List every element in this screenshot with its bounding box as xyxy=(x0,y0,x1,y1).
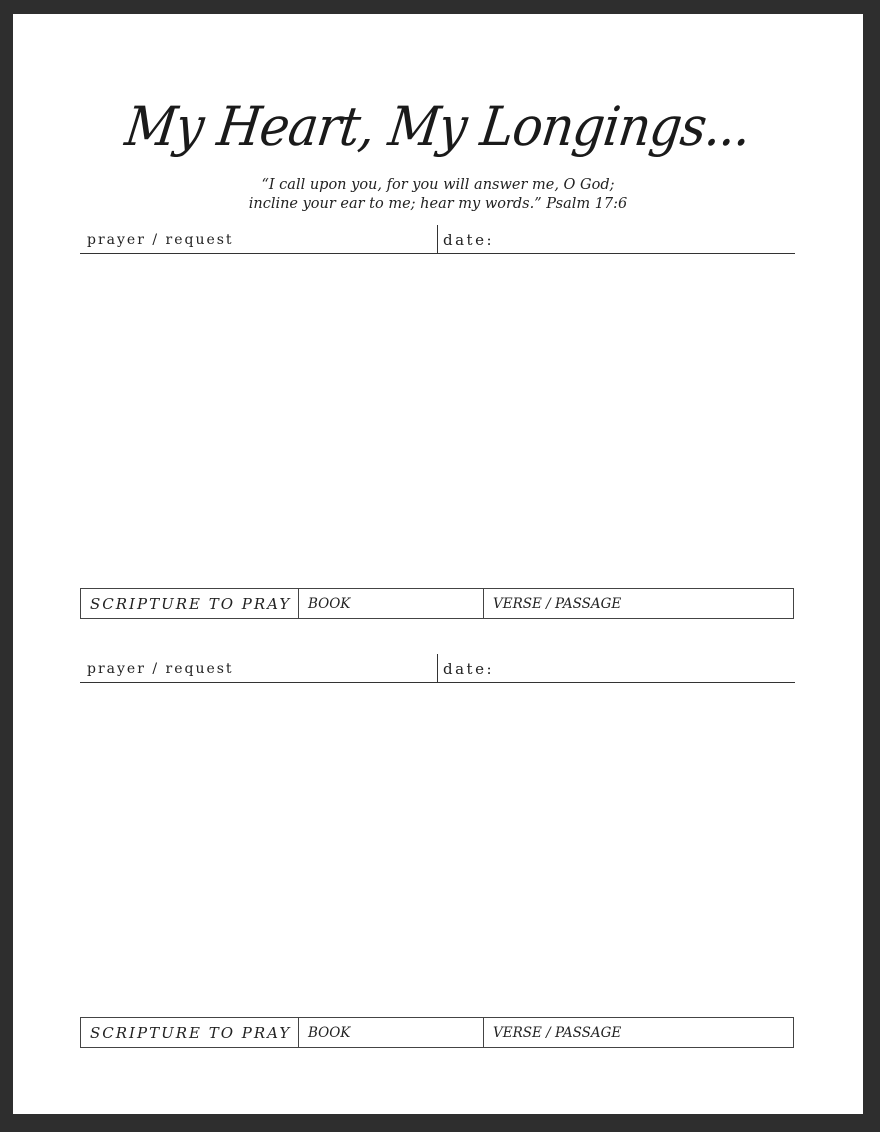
quote-line-2: incline your ear to me; hear my words.” … xyxy=(13,195,863,214)
scripture-row-1: SCRIPTURE TO PRAY BOOK VERSE / PASSAGE xyxy=(80,588,794,619)
verse-passage-field[interactable]: VERSE / PASSAGE xyxy=(484,589,793,618)
scripture-to-pray-label: SCRIPTURE TO PRAY xyxy=(81,1018,299,1047)
date-label[interactable]: date: xyxy=(443,660,494,678)
prayer-request-label: prayer / request xyxy=(87,232,234,248)
prayer-header-2: prayer / request date: xyxy=(80,654,795,683)
journal-page: My Heart, My Longings... “I call upon yo… xyxy=(13,14,863,1114)
prayer-writing-area-1[interactable] xyxy=(80,254,795,554)
quote-line-1: “I call upon you, for you will answer me… xyxy=(13,176,863,195)
book-field[interactable]: BOOK xyxy=(299,1018,484,1047)
header-divider xyxy=(437,225,438,253)
prayer-request-label: prayer / request xyxy=(87,661,234,677)
page-title: My Heart, My Longings... xyxy=(42,92,833,162)
book-field[interactable]: BOOK xyxy=(299,589,484,618)
prayer-writing-area-2[interactable] xyxy=(80,683,795,983)
header-divider xyxy=(437,654,438,682)
scripture-row-2: SCRIPTURE TO PRAY BOOK VERSE / PASSAGE xyxy=(80,1017,794,1048)
scripture-to-pray-label: SCRIPTURE TO PRAY xyxy=(81,589,299,618)
date-label[interactable]: date: xyxy=(443,231,494,249)
scripture-quote: “I call upon you, for you will answer me… xyxy=(13,176,863,214)
prayer-header-1: prayer / request date: xyxy=(80,225,795,254)
verse-passage-field[interactable]: VERSE / PASSAGE xyxy=(484,1018,793,1047)
